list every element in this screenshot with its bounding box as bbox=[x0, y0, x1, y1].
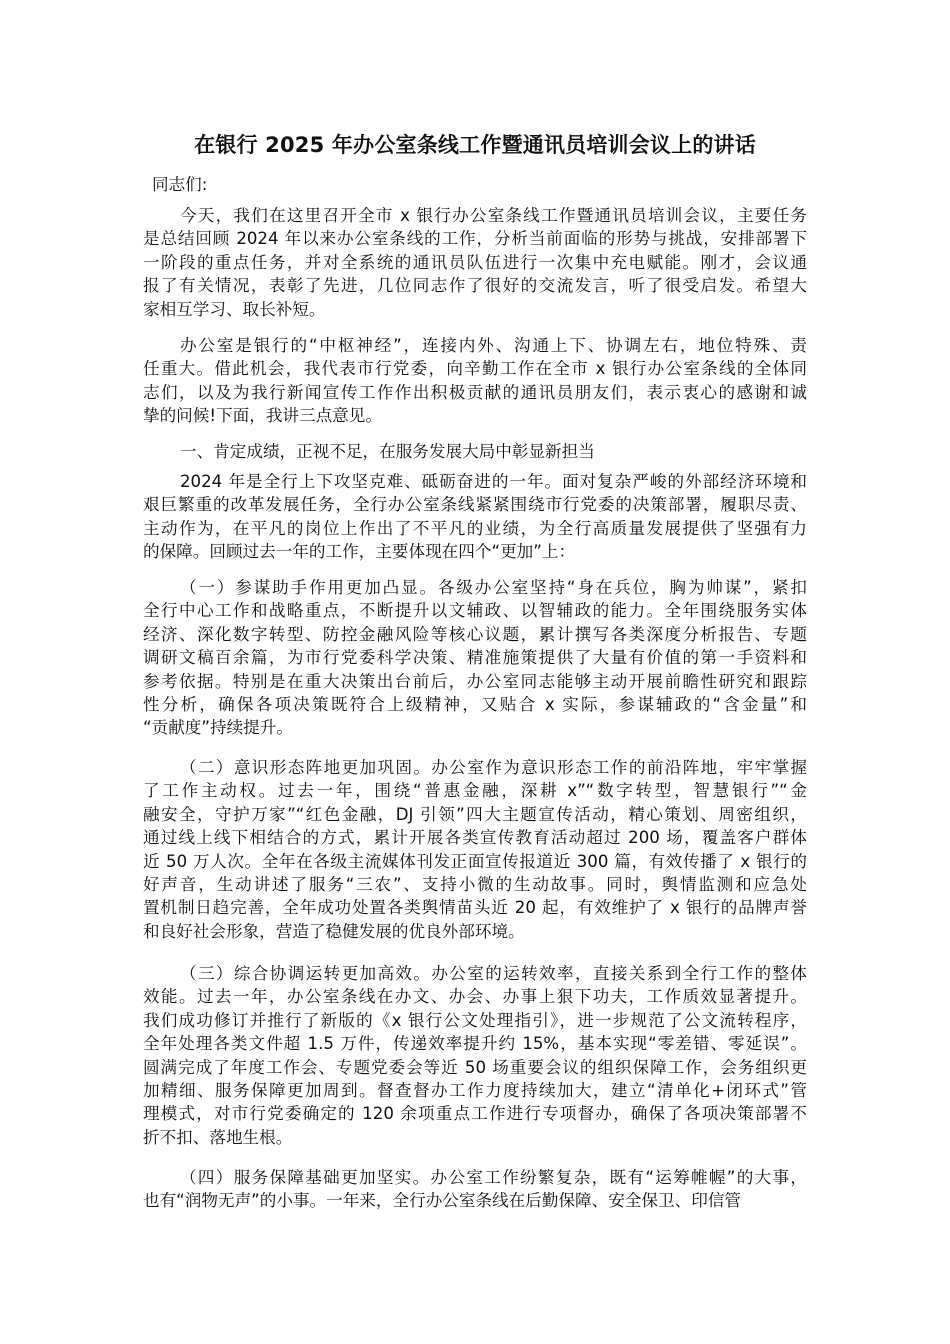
text-line: （四）服务保障基础更加坚实。办公室工作纷繁复杂，既有“运筹帷幄”的大事， bbox=[143, 1166, 807, 1189]
text-line: 通过线上线下相结合的方式，累计开展各类宣传教育活动超过 200 场，覆盖客户群体 bbox=[143, 826, 807, 849]
text-line: 经济、深化数字转型、防控金融风险等核心议题，累计撰写各类深度分析报告、专题 bbox=[143, 623, 807, 646]
text-line: 折不扣、落地生根。 bbox=[143, 1126, 807, 1149]
text-line: 置机制日趋完善，全年成功处置各类舆情苗头近 20 起，有效维护了 x 银行的品牌… bbox=[143, 896, 807, 919]
text-line: 效能。过去一年，办公室条线在办文、办会、办事上狠下功夫，工作质效显著提升。 bbox=[143, 985, 807, 1008]
paragraph-thanks: 办公室是银行的“中枢神经”，连接内外、沟通上下、协调左右，地位特殊、责任重大。借… bbox=[143, 334, 807, 428]
text-line: 也有“润物无声”的小事。一年来，全行办公室条线在后勤保障、安全保卫、印信管 bbox=[143, 1189, 807, 1212]
text-line: 我们成功修订并推行了新版的《x 银行公文处理指引》，进一步规范了公文流转程序， bbox=[143, 1009, 807, 1032]
text-line: 和良好社会形象，营造了稳健发展的优良外部环境。 bbox=[143, 920, 807, 943]
text-line: 全年处理各类文件超 1.5 万件，传递效率提升约 15%，基本实现“零差错、零延… bbox=[143, 1032, 807, 1055]
text-line: 办公室是银行的“中枢神经”，连接内外、沟通上下、协调左右，地位特殊、责 bbox=[143, 334, 807, 357]
text-line: “贡献度”持续提升。 bbox=[143, 716, 807, 739]
text-line: 性分析，确保各项决策既符合上级精神，又贴合 x 实际，参谋辅政的“含金量”和 bbox=[143, 693, 807, 716]
text-line: （三）综合协调运转更加高效。办公室的运转效率，直接关系到全行工作的整体 bbox=[143, 962, 807, 985]
paragraph-item-4: （四）服务保障基础更加坚实。办公室工作纷繁复杂，既有“运筹帷幄”的大事，也有“润… bbox=[143, 1166, 807, 1213]
text-line: 近 50 万人次。全年在各级主流媒体刊发正面宣传报道近 300 篇，有效传播了 … bbox=[143, 850, 807, 873]
text-line: 参考依据。特别是在重大决策出台前后，办公室同志能够主动开展前瞻性研究和跟踪 bbox=[143, 670, 807, 693]
text-line: （二）意识形态阵地更加巩固。办公室作为意识形态工作的前沿阵地，牢牢掌握 bbox=[143, 756, 807, 779]
paragraph-item-3: （三）综合协调运转更加高效。办公室的运转效率，直接关系到全行工作的整体效能。过去… bbox=[143, 962, 807, 1149]
text-line: 今天，我们在这里召开全市 x 银行办公室条线工作暨通讯员培训会议，主要任务 bbox=[143, 204, 807, 227]
text-line: 圆满完成了年度工作会、专题党委会等近 50 场重要会议的组织保障工作，会务组织更 bbox=[143, 1056, 807, 1079]
text-line: 一、肯定成绩，正视不足，在服务发展大局中彰显新担当 bbox=[143, 440, 807, 463]
text-line: （一）参谋助手作用更加凸显。各级办公室坚持“身在兵位，胸为帅谋”，紧扣 bbox=[143, 576, 807, 599]
text-line: 2024 年是全行上下攻坚克难、砥砺奋进的一年。面对复杂严峻的外部经济环境和 bbox=[143, 470, 807, 493]
text-line: 加精细、服务保障更加周到。督查督办工作力度持续加大，建立“清单化+闭环式”管 bbox=[143, 1079, 807, 1102]
paragraph-section-1-heading: 一、肯定成绩，正视不足，在服务发展大局中彰显新担当 bbox=[143, 440, 807, 463]
paragraph-intro: 今天，我们在这里召开全市 x 银行办公室条线工作暨通讯员培训会议，主要任务是总结… bbox=[143, 204, 807, 321]
text-line: 融安全，守护万家”“红色金融，DJ 引领”四大主题宣传活动，精心策划、周密组织， bbox=[143, 803, 807, 826]
text-line: 一阶段的重点任务，并对全系统的通讯员队伍进行一次集中充电赋能。刚才，会议通 bbox=[143, 251, 807, 274]
text-line: 调研文稿百余篇，为市行党委科学决策、精准施策提供了大量有价值的第一手资料和 bbox=[143, 646, 807, 669]
text-line: 好声音，生动讲述了服务“三农”、支持小微的生动故事。同时，舆情监测和应急处 bbox=[143, 873, 807, 896]
text-line: 报了有关情况，表彰了先进，几位同志作了很好的交流发言，听了很受启发。希望大 bbox=[143, 274, 807, 297]
text-line: 全行中心工作和战略重点，不断提升以文辅政、以智辅政的能力。全年围绕服务实体 bbox=[143, 599, 807, 622]
text-line: 家相互学习、取长补短。 bbox=[143, 298, 807, 321]
text-line: 理模式，对市行党委确定的 120 余项重点工作进行专项督办，确保了各项决策部署不 bbox=[143, 1102, 807, 1125]
salutation: 同志们: bbox=[152, 173, 207, 196]
text-line: 主动作为，在平凡的岗位上作出了不平凡的业绩，为全行高质量发展提供了坚强有力 bbox=[143, 517, 807, 540]
paragraph-item-2: （二）意识形态阵地更加巩固。办公室作为意识形态工作的前沿阵地，牢牢掌握了工作主动… bbox=[143, 756, 807, 943]
paragraph-review-2024: 2024 年是全行上下攻坚克难、砥砺奋进的一年。面对复杂严峻的外部经济环境和艰巨… bbox=[143, 470, 807, 564]
text-line: 任重大。借此机会，我代表市行党委，向辛勤工作在全市 x 银行办公室条线的全体同 bbox=[143, 357, 807, 380]
text-line: 了工作主动权。过去一年，围绕“普惠金融，深耕 x”“数字转型，智慧银行”“金 bbox=[143, 779, 807, 802]
text-line: 的保障。回顾过去一年的工作，主要体现在四个“更加”上： bbox=[143, 540, 807, 563]
text-line: 艰巨繁重的改革发展任务，全行办公室条线紧紧围绕市行党委的决策部署，履职尽责、 bbox=[143, 493, 807, 516]
document-title: 在银行 2025 年办公室条线工作暨通讯员培训会议上的讲话 bbox=[143, 129, 807, 159]
text-line: 挚的问候!下面，我讲三点意见。 bbox=[143, 404, 807, 427]
text-line: 志们，以及为我行新闻宣传工作作出积极贡献的通讯员朋友们，表示衷心的感谢和诚 bbox=[143, 381, 807, 404]
paragraph-item-1: （一）参谋助手作用更加凸显。各级办公室坚持“身在兵位，胸为帅谋”，紧扣全行中心工… bbox=[143, 576, 807, 740]
text-line: 是总结回顾 2024 年以来办公室条线的工作，分析当前面临的形势与挑战，安排部署… bbox=[143, 227, 807, 250]
